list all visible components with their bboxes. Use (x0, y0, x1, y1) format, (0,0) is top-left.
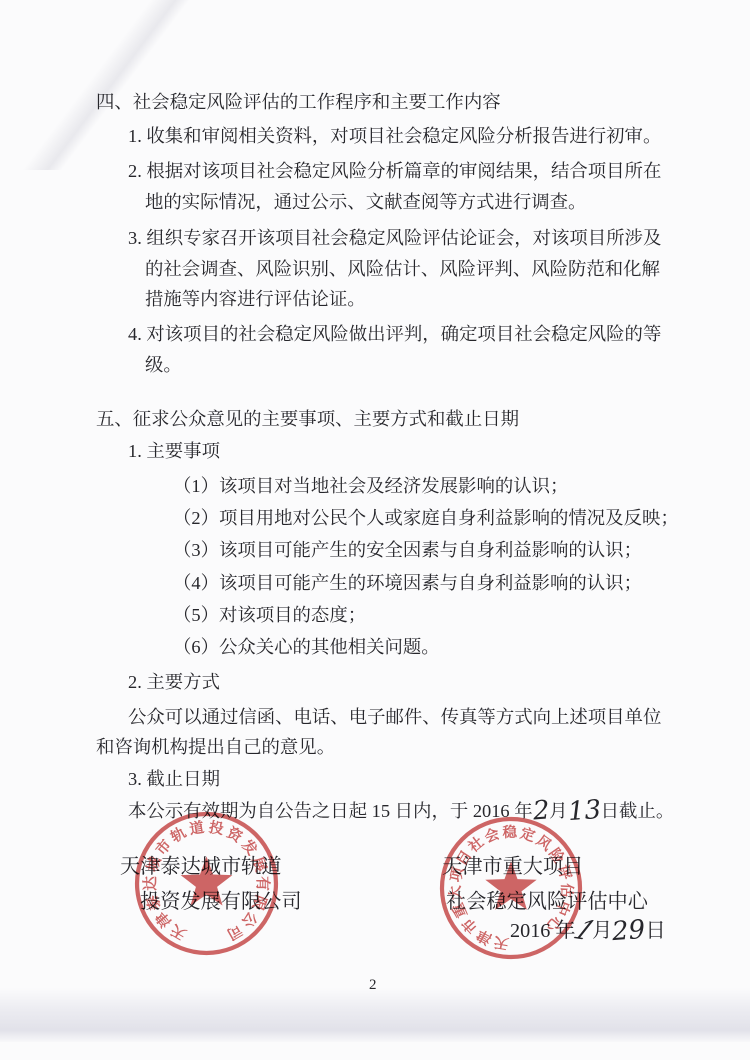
right-signer-line2: 社会稳定风险评估中心 (446, 887, 648, 917)
handwritten-month: 2 (533, 810, 550, 811)
svg-text:津: 津 (473, 925, 495, 948)
section-5-heading: 五、征求公众意见的主要事项、主要方式和截止日期 (96, 404, 519, 434)
section-4-item-1: 1. 收集和审阅相关资料，对项目社会稳定风险分析报告进行初审。 (145, 121, 666, 152)
svg-text:资: 资 (224, 823, 246, 846)
date-day-unit: 日 (645, 920, 665, 942)
handwritten-day: 13 (568, 810, 601, 812)
section-4-item-2: 2. 根据对该项目社会稳定风险分析篇章的审阅结果，结合项目所在地的实际情况，通过… (145, 156, 666, 217)
section-5-sub3-heading: 3. 截止日期 (128, 764, 220, 794)
section-5-sub2-heading: 2. 主要方式 (128, 667, 220, 697)
date-year: 2016 年 (510, 920, 576, 942)
handwritten-month: 1 (576, 930, 591, 932)
svg-text:轨: 轨 (167, 823, 190, 847)
left-signer-line2: 投资发展有限公司 (140, 887, 302, 917)
svg-text:司: 司 (224, 921, 246, 944)
deadline-line: 本公示有效期为自公告之日起 15 日内，于 2016 年2月13日截止。 (128, 796, 674, 826)
contact-method-paragraph: 公众可以通过信函、电话、电子邮件、传真等方式向上述项目单位和咨询机构提出自己的意… (96, 702, 668, 762)
svg-text:定: 定 (518, 824, 538, 846)
opinion-item-1: （1）该项目对当地社会及经济发展影响的认识； (173, 471, 568, 501)
opinion-item-4: （4）该项目可能产生的环境因素与自身利益影响的认识； (173, 568, 642, 598)
svg-text:天: 天 (492, 933, 510, 952)
opinion-item-3: （3）该项目可能产生的安全因素与自身利益影响的认识； (173, 535, 642, 565)
section-4-item-4: 4. 对该项目的社会稳定风险做出评判，确定项目社会稳定风险的等级。 (145, 319, 666, 380)
section-4-item-3: 3. 组织专家召开该项目社会稳定风险评估论证会，对该项目所涉及的社会调查、风险识… (145, 223, 666, 315)
signature-date: 2016 年1月29日 (510, 916, 666, 946)
deadline-suffix: 日截止。 (601, 801, 675, 821)
page-number: 2 (369, 970, 377, 1000)
handwritten-day: 29 (612, 930, 645, 932)
seal-ring (137, 814, 276, 953)
deadline-prefix: 本公示有效期为自公告之日起 15 日内，于 2016 年 (128, 801, 533, 821)
section-4-heading: 四、社会稳定风险评估的工作程序和主要工作内容 (96, 87, 501, 117)
svg-text:天: 天 (168, 921, 189, 943)
svg-text:会: 会 (482, 824, 502, 846)
opinion-item-5: （5）对该项目的态度； (173, 600, 366, 630)
opinion-item-6: （6）公众关心的其他相关问题。 (173, 632, 440, 662)
document-page: 四、社会稳定风险评估的工作程序和主要工作内容 1. 收集和审阅相关资料，对项目社… (0, 0, 750, 1060)
left-signer-line1: 天津泰达城市轨道 (120, 852, 282, 882)
right-signer-line1: 天津市重大项目 (442, 852, 583, 882)
opinion-item-2: （2）项目用地对公民个人或家庭自身利益影响的情况及反映； (173, 503, 679, 533)
section-5-sub1-heading: 1. 主要事项 (128, 436, 220, 466)
svg-text:市: 市 (458, 914, 481, 937)
deadline-month-unit: 月 (549, 801, 567, 821)
company-seal: 天津泰达城市轨道投资发展有限公司 (131, 808, 282, 959)
